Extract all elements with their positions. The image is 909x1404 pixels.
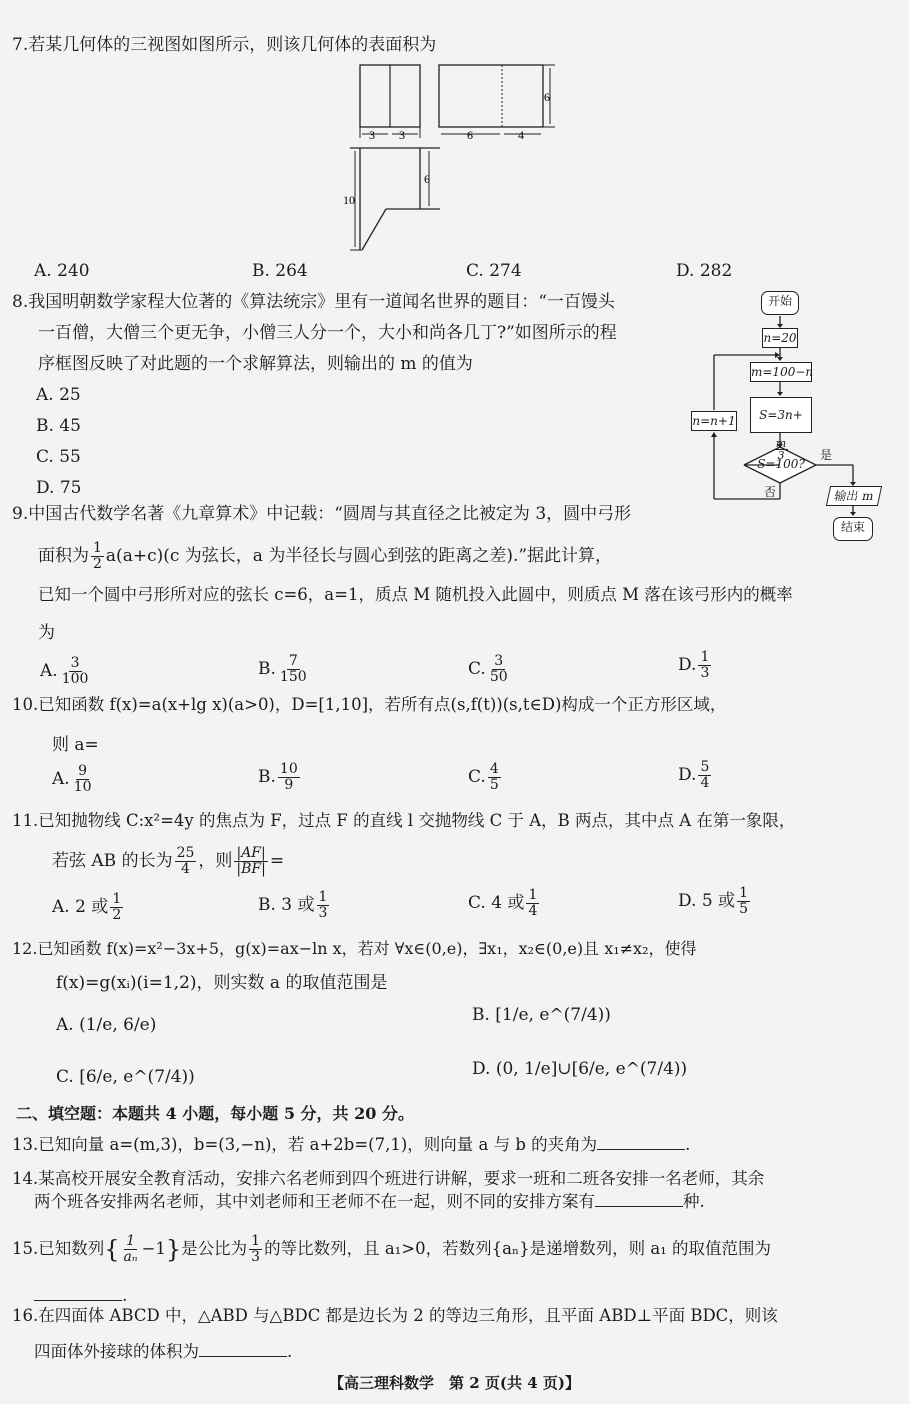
- q15-line-1: 15.已知数列{1aₙ−1}是公比为13的等比数列，且 a₁>0，若数列{aₙ}…: [12, 1234, 771, 1265]
- q7-option-d[interactable]: D. 282: [676, 260, 732, 282]
- svg-text:10: 10: [343, 193, 355, 207]
- flowchart-compute-s: S=3n+m3: [750, 397, 812, 433]
- svg-text:4: 4: [518, 128, 524, 142]
- section-2-heading: 二、填空题：本题共 4 小题，每小题 5 分，共 20 分。: [16, 1103, 414, 1125]
- q16-line-1: 16.在四面体 ABCD 中，△ABD 与△BDC 都是边长为 2 的等边三角形…: [12, 1305, 778, 1327]
- q14-answer-blank[interactable]: [595, 1190, 683, 1207]
- q7-three-view-figure: 3 3 6 64 10 6: [340, 60, 570, 260]
- q8-line-3: 序框图反映了对此题的一个求解算法，则输出的 m 的值为: [38, 353, 473, 375]
- q7-option-a[interactable]: A. 240: [34, 260, 90, 282]
- q13-line: 13.已知向量 a=(m,3)，b=(3,−n)，若 a+2b=(7,1)，则向…: [12, 1133, 690, 1156]
- flowchart-yes-label: 是: [820, 446, 832, 463]
- q11-line-1: 11.已知抛物线 C:x²=4y 的焦点为 F，过点 F 的直线 l 交抛物线 …: [12, 810, 795, 832]
- q8-option-c[interactable]: C. 55: [36, 446, 81, 468]
- q9-line-1: 9.中国古代数学名著《九章算术》中记载：“圆周与其直径之比被定为 3，圆中弓形: [12, 503, 631, 525]
- q9-option-d[interactable]: D.13: [678, 650, 713, 681]
- q12-option-c[interactable]: C. [6/e, e^(7/4)): [56, 1066, 195, 1088]
- q7-stem: 7.若某几何体的三视图如图所示，则该几何体的表面积为: [12, 34, 436, 56]
- q12-option-b[interactable]: B. [1/e, e^(7/4)): [472, 1004, 611, 1026]
- q11-option-b[interactable]: B. 3 或13: [258, 890, 331, 921]
- q7-dim-front-left: 3: [369, 128, 375, 142]
- q14-line-2: 两个班各安排两名老师，其中刘老师和王老师不在一起，则不同的安排方案有种.: [34, 1190, 705, 1213]
- q8-option-d[interactable]: D. 75: [36, 477, 81, 499]
- q9-option-c[interactable]: C.350: [468, 654, 512, 685]
- q12-line-1: 12.已知函数 f(x)=x²−3x+5，g(x)=ax−ln x，若对 ∀x∈…: [12, 938, 696, 960]
- q8-flowchart: 开始 n=20 m=100−n S=3n+m3 S=100? 是 否 n=n+1…: [680, 285, 909, 550]
- q8-line-2: 一百僧，大僧三个更无争，小僧三人分一个，大小和尚各几丁?”如图所示的程: [38, 322, 617, 344]
- q10-option-d[interactable]: D.54: [678, 760, 713, 791]
- q15-line-2: .: [34, 1284, 127, 1307]
- q13-answer-blank[interactable]: [597, 1133, 685, 1150]
- q10-option-b[interactable]: B.109: [258, 762, 302, 793]
- q8-option-b[interactable]: B. 45: [36, 415, 81, 437]
- q10-option-c[interactable]: C.45: [468, 762, 503, 793]
- q7-option-b[interactable]: B. 264: [252, 260, 308, 282]
- q12-line-2: f(x)=g(xᵢ)(i=1,2)，则实数 a 的取值范围是: [56, 972, 387, 994]
- q10-line-2: 则 a=: [52, 734, 99, 756]
- q16-answer-blank[interactable]: [199, 1340, 287, 1357]
- flowchart-output: 输出 m: [826, 486, 882, 506]
- flowchart-assign-m: m=100−n: [750, 362, 812, 382]
- flowchart-init: n=20: [762, 328, 798, 348]
- q12-option-d[interactable]: D. (0, 1/e]∪[6/e, e^(7/4)): [472, 1058, 687, 1080]
- flowchart-end: 结束: [833, 517, 873, 541]
- q14-line-1: 14.某高校开展安全教育活动，安排六名老师到四个班进行讲解，要求一班和二班各安排…: [12, 1168, 764, 1190]
- svg-text:6: 6: [424, 172, 430, 186]
- flowchart-start: 开始: [761, 291, 799, 315]
- q8-option-a[interactable]: A. 25: [36, 384, 81, 406]
- q8-line-1: 8.我国明朝数学家程大位著的《算法统宗》里有一道闻名世界的题目：“一百馒头: [12, 291, 615, 313]
- q9-line-4: 为: [38, 622, 55, 644]
- svg-text:6: 6: [544, 90, 550, 104]
- q9-line-2: 面积为12a(a+c)(c 为弦长，a 为半径长与圆心到弦的距离之差).”据此计…: [38, 541, 612, 572]
- q10-option-a[interactable]: A.910: [52, 764, 96, 795]
- q11-option-d[interactable]: D. 5 或15: [678, 886, 752, 917]
- q10-line-1: 10.已知函数 f(x)=a(x+lg x)(a>0)，D=[1,10]，若所有…: [12, 694, 726, 716]
- q12-option-a[interactable]: A. (1/e, 6/e): [56, 1014, 156, 1036]
- flowchart-increment: n=n+1: [691, 411, 737, 431]
- q11-option-c[interactable]: C. 4 或14: [468, 888, 541, 919]
- q11-option-a[interactable]: A. 2 或12: [52, 892, 125, 923]
- q7-dim-front-right: 3: [399, 128, 405, 142]
- page-footer: 【高三理科数学 第 2 页(共 4 页)】: [0, 1372, 909, 1394]
- svg-text:6: 6: [467, 128, 473, 142]
- q7-number: 7.: [12, 35, 28, 55]
- q9-option-a[interactable]: A.3100: [40, 656, 92, 687]
- q9-line-3: 已知一个圆中弓形所对应的弦长 c=6，a=1，质点 M 随机投入此圆中，则质点 …: [38, 584, 793, 606]
- flowchart-no-label: 否: [764, 483, 776, 500]
- q16-line-2: 四面体外接球的体积为.: [34, 1340, 292, 1363]
- q7-option-c[interactable]: C. 274: [466, 260, 522, 282]
- q11-line-2: 若弦 AB 的长为254，则|AF||BF|=: [52, 846, 284, 877]
- q15-answer-blank[interactable]: [34, 1284, 122, 1301]
- q9-option-b[interactable]: B.7150: [258, 654, 311, 685]
- flowchart-decision: S=100?: [756, 457, 806, 471]
